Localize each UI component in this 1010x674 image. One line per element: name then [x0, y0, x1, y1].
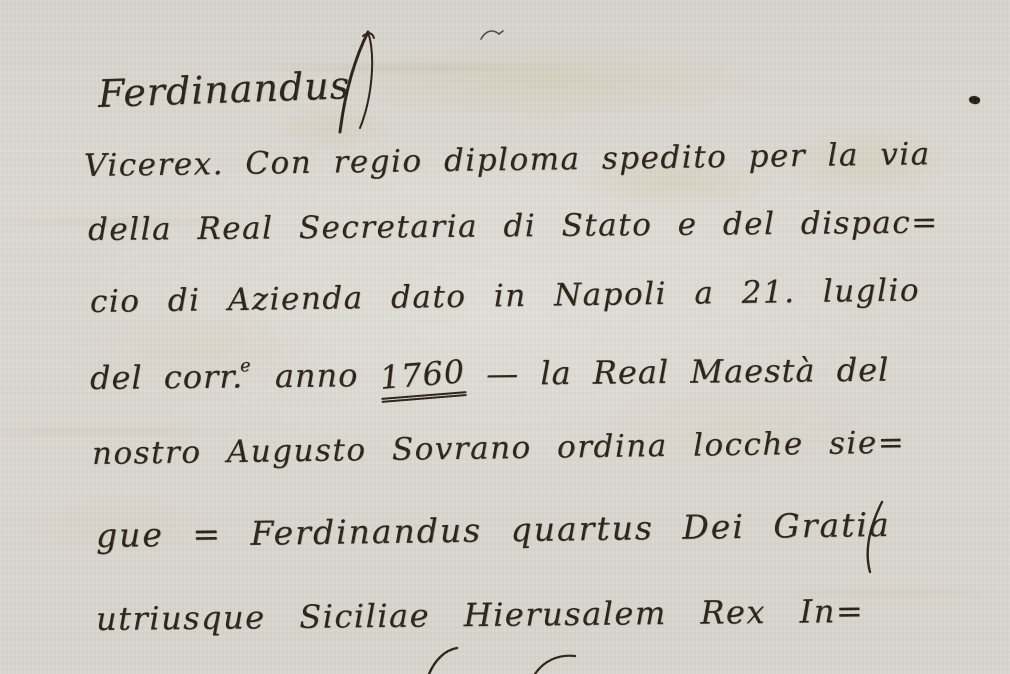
- line-4-text: cio di Azienda dato in Napoli a 21. lugl…: [90, 272, 920, 320]
- manuscript-line-5: del corr.e anno 1760 — la Real Maestà de…: [90, 350, 890, 403]
- line-5-prefix: del corr.: [90, 357, 244, 397]
- pen-trial-mark: [478, 26, 506, 44]
- line-5-superscript: e: [240, 356, 252, 376]
- manuscript-line-2: Vicerex. Con regio diploma spedito per l…: [84, 136, 931, 184]
- line-7-text: gue = Ferdinandus quartus Dei Gratia: [96, 505, 891, 555]
- line-2-text: Vicerex. Con regio diploma spedito per l…: [84, 136, 931, 184]
- manuscript-page: Ferdinandus Vicerex. Con regio diploma s…: [0, 0, 1010, 674]
- manuscript-line-4: cio di Azienda dato in Napoli a 21. lugl…: [90, 272, 920, 320]
- line-5-underlined-year: 1760: [378, 352, 467, 403]
- line-1-text: Ferdinandus: [97, 63, 351, 116]
- line-3-text: della Real Secretaria di Stato e del dis…: [88, 205, 939, 248]
- manuscript-line-3: della Real Secretaria di Stato e del dis…: [88, 205, 939, 248]
- line-5-mid: anno: [253, 356, 379, 395]
- manuscript-line-8: utriusque Siciliae Hierusalem Rex In=: [96, 592, 865, 638]
- line-6-text: nostro Augusto Sovrano ordina locche sie…: [92, 425, 906, 472]
- manuscript-line-6: nostro Augusto Sovrano ordina locche sie…: [92, 425, 906, 472]
- manuscript-line-7: gue = Ferdinandus quartus Dei Gratia: [96, 505, 891, 555]
- cutoff-line-strokes: [415, 642, 585, 674]
- manuscript-line-1: Ferdinandus: [97, 63, 351, 116]
- line-8-text: utriusque Siciliae Hierusalem Rex In=: [96, 592, 865, 638]
- line-5-suffix: — la Real Maestà del: [465, 351, 890, 393]
- ink-dot: [968, 94, 981, 105]
